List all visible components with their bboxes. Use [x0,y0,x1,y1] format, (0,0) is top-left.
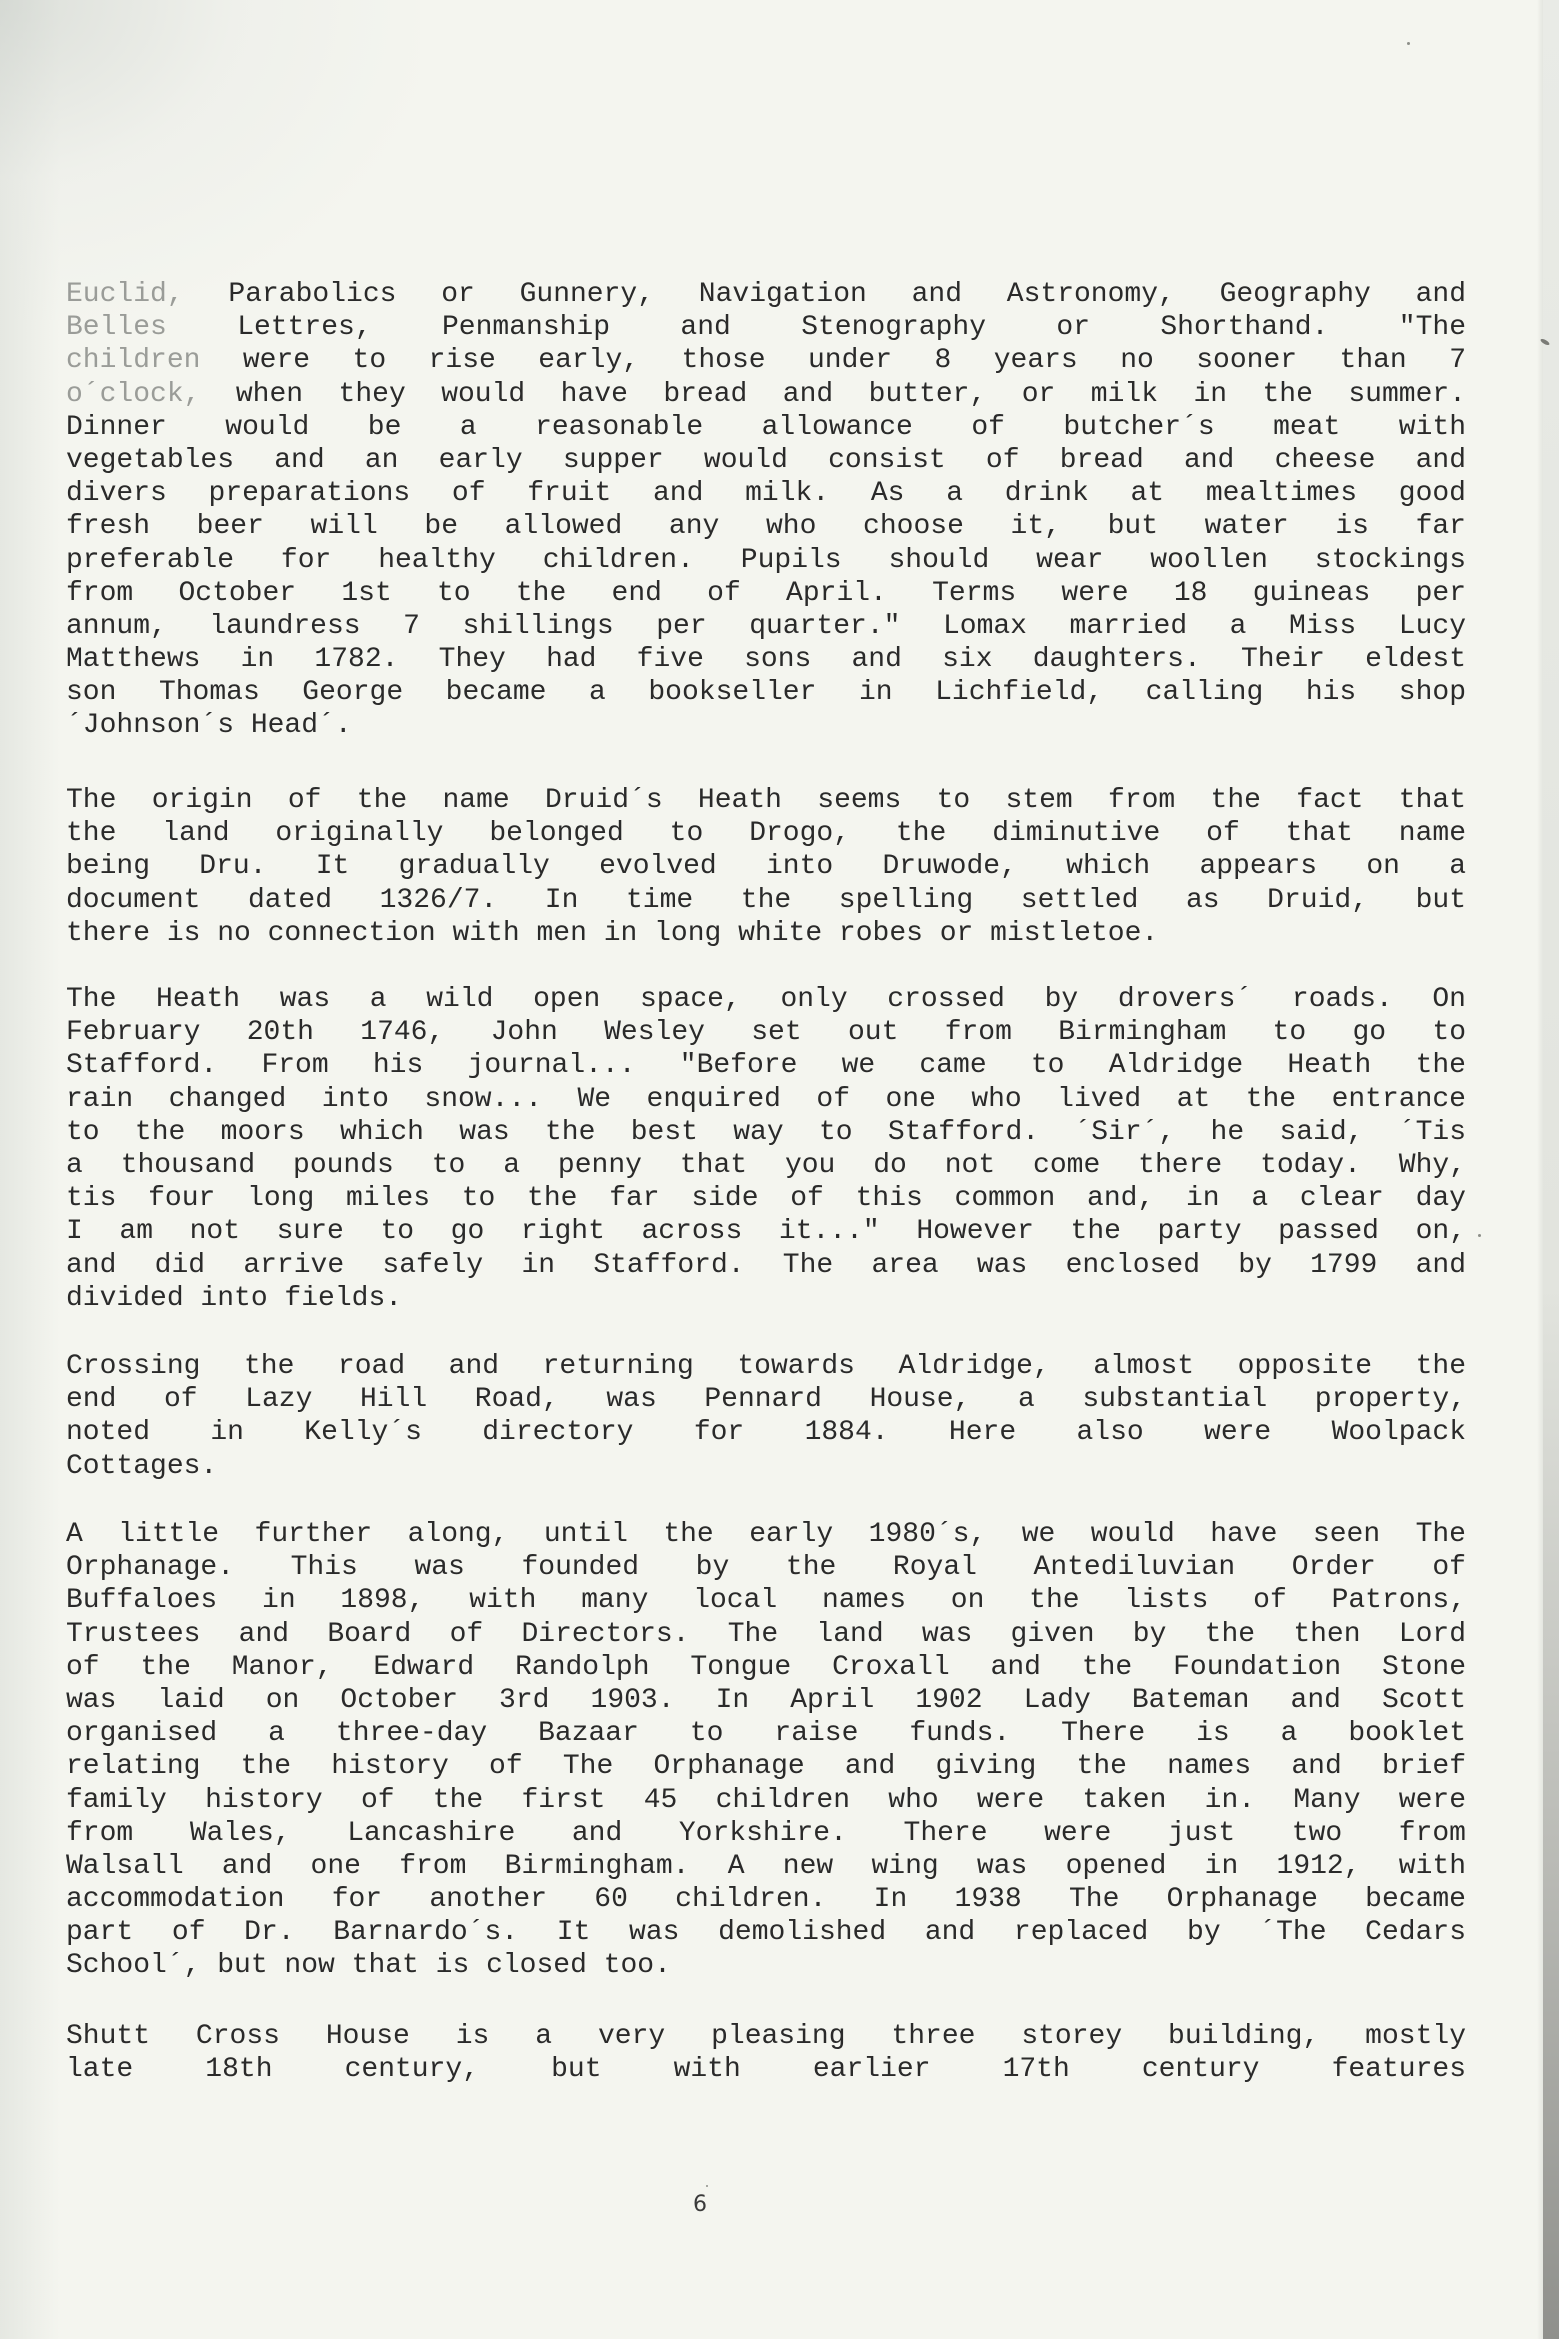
text-line: from October 1st to the end of April. Te… [66,577,1466,610]
text-line: Walsall and one from Birmingham. A new w… [66,1850,1466,1883]
text-line: there is no connection with men in long … [66,917,1466,950]
text-line: relating the history of The Orphanage an… [66,1750,1466,1783]
text-line: and did arrive safely in Stafford. The a… [66,1249,1466,1282]
text-line: A little further along, until the early … [66,1518,1466,1551]
text-line: was laid on October 3rd 1903. In April 1… [66,1684,1466,1717]
text-line: vegetables and an early supper would con… [66,444,1466,477]
text-line: accommodation for another 60 children. I… [66,1883,1466,1916]
text-line: Shutt Cross House is a very pleasing thr… [66,2020,1466,2053]
text-line: I am not sure to go right across it..." … [66,1215,1466,1248]
text-line: of the Manor, Edward Randolph Tongue Cro… [66,1651,1466,1684]
text-line: children were to rise early, those under… [66,344,1466,377]
paragraph-druids-heath-origin: The origin of the name Druid´s Heath see… [66,784,1466,950]
paragraph-shutt-cross-house: Shutt Cross House is a very pleasing thr… [66,2020,1466,2086]
text-line: part of Dr. Barnardo´s. It was demolishe… [66,1916,1466,1949]
text-line: late 18th century, but with earlier 17th… [66,2053,1466,2086]
text-line: tis four long miles to the far side of t… [66,1182,1466,1215]
text-line: fresh beer will be allowed any who choos… [66,510,1466,543]
text-line: document dated 1326/7. In time the spell… [66,884,1466,917]
text-line: Euclid, Parabolics or Gunnery, Navigatio… [66,278,1466,311]
text-line: from Wales, Lancashire and Yorkshire. Th… [66,1817,1466,1850]
text-line: being Dru. It gradually evolved into Dru… [66,850,1466,883]
text-line: Cottages. [66,1450,1466,1483]
text-line: annum, laundress 7 shillings per quarter… [66,610,1466,643]
paragraph-pennard-house: Crossing the road and returning towards … [66,1350,1466,1483]
text-line: end of Lazy Hill Road, was Pennard House… [66,1383,1466,1416]
paper-speck [706,2185,708,2187]
paragraph-the-heath-wesley: The Heath was a wild open space, only cr… [66,983,1466,1315]
text-line: son Thomas George became a bookseller in… [66,676,1466,709]
paragraph-the-orphanage: A little further along, until the early … [66,1518,1466,1983]
text-line: February 20th 1746, John Wesley set out … [66,1016,1466,1049]
text-line: a thousand pounds to a penny that you do… [66,1149,1466,1182]
paper-speck [1407,42,1410,45]
text-line: Belles Lettres, Penmanship and Stenograp… [66,311,1466,344]
text-line: to the moors which was the best way to S… [66,1116,1466,1149]
text-line: School´, but now that is closed too. [66,1949,1466,1982]
text-line: rain changed into snow... We enquired of… [66,1083,1466,1116]
text-line: Crossing the road and returning towards … [66,1350,1466,1383]
text-line: Dinner would be a reasonable allowance o… [66,411,1466,444]
paper-speck [1478,1234,1481,1237]
text-line: the land originally belonged to Drogo, t… [66,817,1466,850]
page-left-shadow [0,0,60,2339]
text-line: Trustees and Board of Directors. The lan… [66,1618,1466,1651]
text-line: Orphanage. This was founded by the Royal… [66,1551,1466,1584]
page-binding-edge [1543,0,1559,2339]
text-line: divers preparations of fruit and milk. A… [66,477,1466,510]
page-corner-shadow [0,0,420,320]
text-line: Buffaloes in 1898, with many local names… [66,1584,1466,1617]
text-line: preferable for healthy children. Pupils … [66,544,1466,577]
paper-mark [1540,338,1551,346]
text-line: Stafford. From his journal... "Before we… [66,1049,1466,1082]
text-line: The Heath was a wild open space, only cr… [66,983,1466,1016]
text-line: The origin of the name Druid´s Heath see… [66,784,1466,817]
text-line: o´clock, when they would have bread and … [66,378,1466,411]
text-line: organised a three-day Bazaar to raise fu… [66,1717,1466,1750]
text-line: ´Johnson´s Head´. [66,709,1466,742]
paragraph-lomax-school: Euclid, Parabolics or Gunnery, Navigatio… [66,278,1466,743]
text-line: family history of the first 45 children … [66,1784,1466,1817]
text-line: Matthews in 1782. They had five sons and… [66,643,1466,676]
text-line: divided into fields. [66,1282,1466,1315]
page-number: 6 [693,2192,707,2217]
text-line: noted in Kelly´s directory for 1884. Her… [66,1416,1466,1449]
